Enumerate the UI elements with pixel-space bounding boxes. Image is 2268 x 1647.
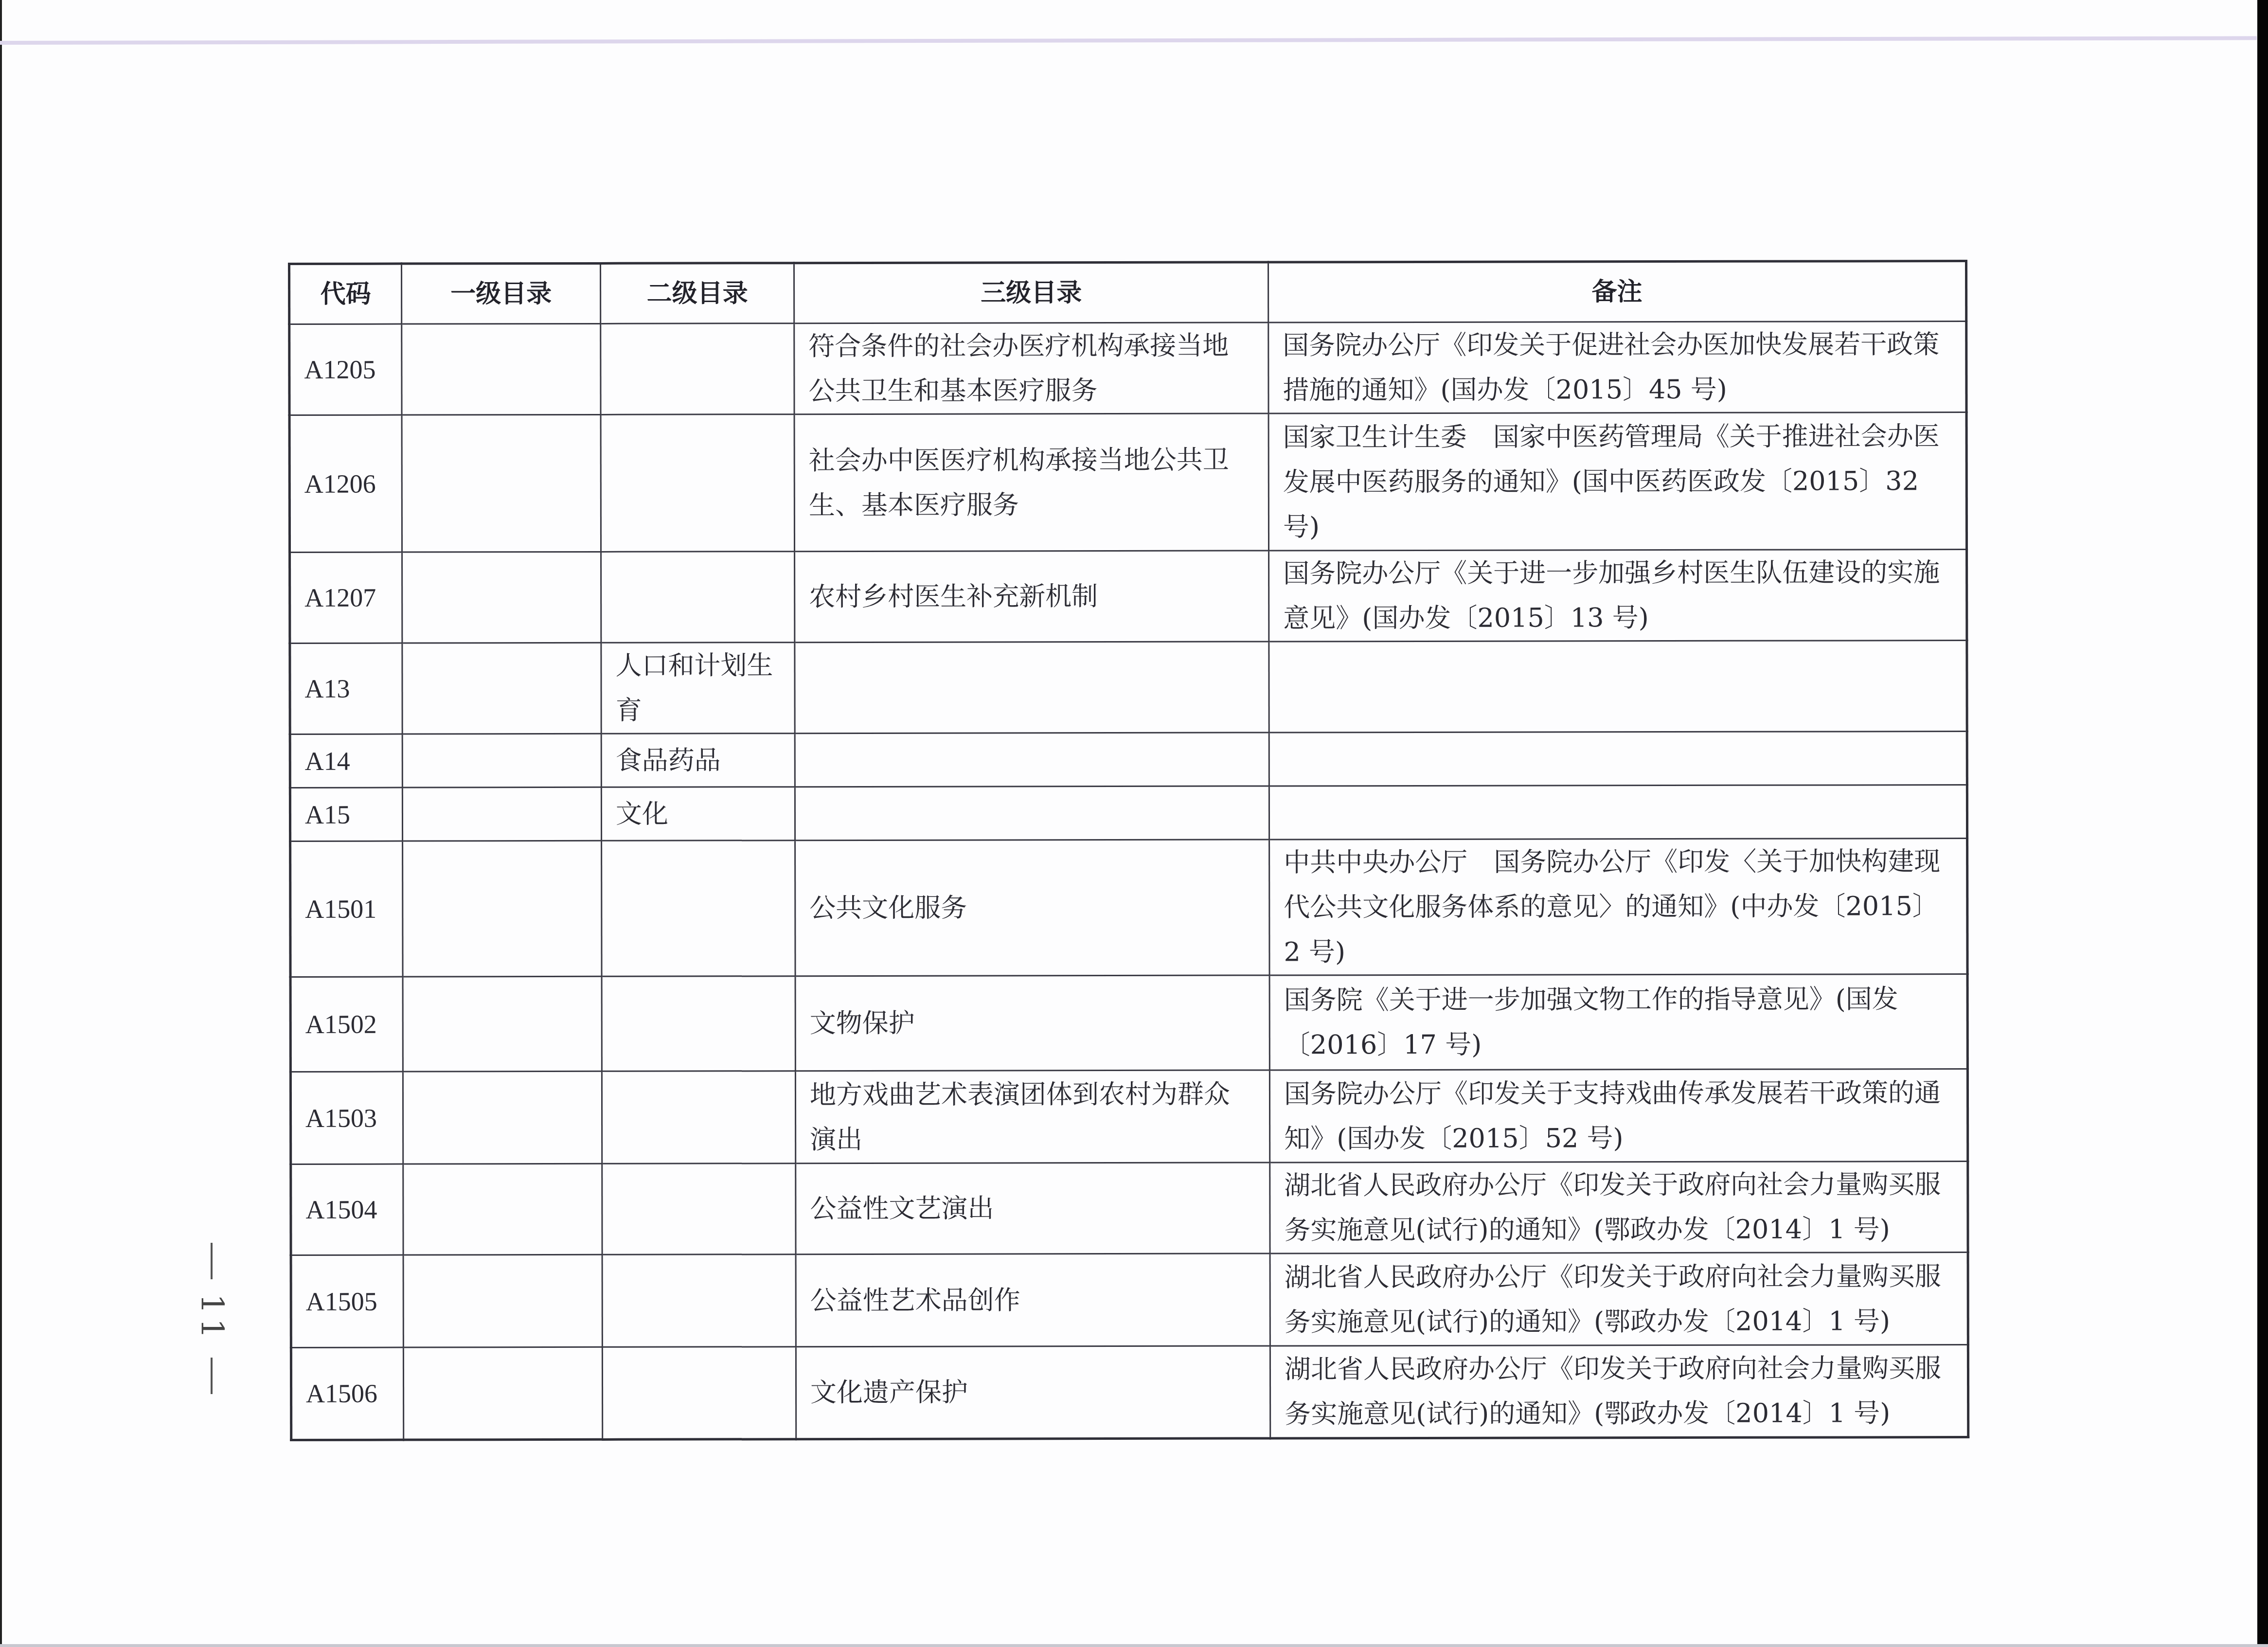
cell-level3: 农村乡村医生补充新机制 [795,551,1269,643]
cell-code: A15 [290,788,402,841]
page-number-dash-left [211,1243,213,1279]
cell-level1 [402,734,601,788]
cell-level2 [601,414,794,552]
cell-note: 中共中央办公厅 国务院办公厅《印发〈关于加快构建现代公共文化服务体系的意见〉的通… [1269,838,1967,975]
cell-level2: 人口和计划生育 [601,643,795,734]
cell-code: A1206 [289,415,402,552]
header-level1: 一级目录 [402,263,601,324]
cell-level3: 文化遗产保护 [796,1346,1270,1439]
table-row: A1503地方戏曲艺术表演团体到农村为群众演出国务院办公厅《印发关于支持戏曲传承… [290,1069,1967,1164]
cell-level1 [402,552,601,643]
page-number-value: 11 [194,1294,230,1343]
cell-level1 [403,1347,602,1440]
cell-code: A1504 [291,1164,403,1255]
cell-level2 [602,1164,796,1255]
cell-note: 湖北省人民政府办公厅《印发关于政府向社会力量购买服务实施意见(试行)的通知》(鄂… [1270,1161,1968,1253]
cell-note [1269,731,1967,786]
cell-note: 国务院办公厅《关于进一步加强乡村医生队伍建设的实施意见》(国办发〔2015〕13… [1269,549,1967,642]
cell-code: A13 [290,643,402,734]
header-note: 备注 [1268,261,1966,322]
cell-level1 [402,323,601,415]
table-row: A1207农村乡村医生补充新机制国务院办公厅《关于进一步加强乡村医生队伍建设的实… [290,549,1967,643]
table-row: A13人口和计划生育 [290,640,1967,734]
header-code: 代码 [289,264,402,324]
cell-level1 [403,1071,602,1164]
cell-code: A1502 [290,977,403,1072]
cell-level1 [403,976,602,1072]
cell-level1 [403,841,602,977]
cell-level3 [795,733,1269,787]
cell-note: 湖北省人民政府办公厅《印发关于政府向社会力量购买服务实施意见(试行)的通知》(鄂… [1270,1252,1968,1346]
cell-level3: 地方戏曲艺术表演团体到农村为群众演出 [795,1070,1269,1164]
table-row: A14食品药品 [290,731,1967,788]
cell-note: 国务院办公厅《印发关于支持戏曲传承发展若干政策的通知》(国办发〔2015〕52 … [1269,1069,1967,1163]
cell-level3: 公共文化服务 [795,840,1269,976]
cell-level1 [402,414,601,552]
table-row: A1504公益性文艺演出湖北省人民政府办公厅《印发关于政府向社会力量购买服务实施… [291,1161,1968,1255]
table-row: A15文化 [290,785,1967,841]
cell-level3: 社会办中医医疗机构承接当地公共卫生、基本医疗服务 [794,413,1268,552]
cell-level2 [602,841,795,977]
table-row: A1206社会办中医医疗机构承接当地公共卫生、基本医疗服务国家卫生计生委 国家中… [289,412,1966,552]
table-body: A1205符合条件的社会办医疗机构承接当地公共卫生和基本医疗服务国务院办公厅《印… [289,321,1968,1440]
cell-level2: 食品药品 [601,734,795,788]
cell-level3 [795,642,1269,734]
cell-level1 [402,787,601,841]
scan-bottom-edge [0,1644,2268,1647]
cell-code: A1207 [290,552,402,643]
service-catalog-table: 代码 一级目录 二级目录 三级目录 备注 A1205符合条件的社会办医疗机构承接… [288,260,1969,1441]
cell-code: A1505 [291,1255,403,1347]
table-row: A1205符合条件的社会办医疗机构承接当地公共卫生和基本医疗服务国务院办公厅《印… [289,321,1966,415]
table-header-row: 代码 一级目录 二级目录 三级目录 备注 [289,261,1966,324]
cell-level3: 公益性艺术品创作 [796,1253,1270,1347]
table-row: A1505公益性艺术品创作湖北省人民政府办公厅《印发关于政府向社会力量购买服务实… [291,1252,1968,1347]
cell-level2 [601,552,795,643]
cell-level2 [602,1254,796,1347]
cell-level2 [602,1071,795,1164]
scan-left-edge [0,0,2,1647]
header-level3: 三级目录 [794,262,1268,323]
table-row: A1502文物保护国务院《关于进一步加强文物工作的指导意见》(国发〔2016〕1… [290,974,1967,1072]
page-number-dash-right [211,1358,213,1394]
cell-note: 国务院《关于进一步加强文物工作的指导意见》(国发〔2016〕17 号) [1269,974,1967,1070]
scan-right-edge [2257,0,2268,1647]
page-number: 11 [192,1228,231,1423]
table-row: A1501公共文化服务中共中央办公厅 国务院办公厅《印发〈关于加快构建现代公共文… [290,838,1967,977]
cell-code: A1506 [291,1347,403,1440]
cell-note [1269,785,1967,840]
cell-level1 [403,1164,602,1255]
cell-level3: 文物保护 [795,975,1269,1071]
table-row: A1506文化遗产保护湖北省人民政府办公厅《印发关于政府向社会力量购买服务实施意… [291,1344,1968,1440]
cell-level3 [795,786,1269,841]
cell-level2 [601,323,794,415]
cell-code: A14 [290,734,402,788]
cell-level3: 公益性文艺演出 [796,1163,1270,1254]
cell-level3: 符合条件的社会办医疗机构承接当地公共卫生和基本医疗服务 [794,322,1268,414]
cell-level2 [602,976,795,1072]
cell-code: A1205 [289,324,402,415]
header-level2: 二级目录 [601,263,794,324]
cell-level2 [602,1347,796,1440]
cell-note: 国家卫生计生委 国家中医药管理局《关于推进社会办医发展中医药服务的通知》(国中医… [1268,412,1966,551]
cell-note: 国务院办公厅《印发关于促进社会办医加快发展若干政策措施的通知》(国办发〔2015… [1268,321,1966,413]
cell-note: 湖北省人民政府办公厅《印发关于政府向社会力量购买服务实施意见(试行)的通知》(鄂… [1270,1344,1968,1438]
cell-level1 [403,1254,602,1347]
scan-artifact-line [0,36,2257,45]
cell-note [1269,640,1967,733]
cell-code: A1501 [290,841,403,977]
cell-level1 [402,643,601,734]
cell-code: A1503 [290,1072,403,1164]
cell-level2: 文化 [601,787,795,841]
